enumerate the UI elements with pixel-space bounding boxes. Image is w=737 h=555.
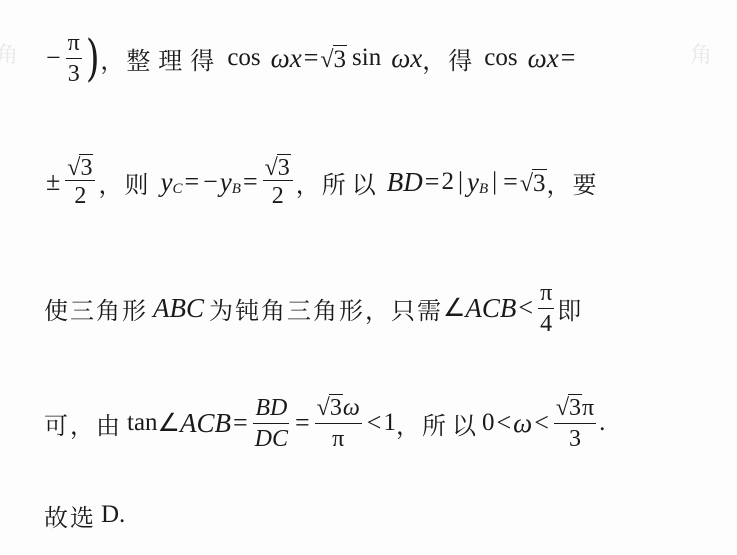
fraction-pi-over-4: π 4 [538,278,554,339]
equals-sign: = [304,43,319,73]
less-than-sign: < [496,408,511,438]
abs-bar-left: | [458,168,463,196]
abs-bar-right: | [492,168,497,196]
variable-y: y [160,167,172,198]
bleed-through-text: 角 [0,38,18,69]
omega-x: ωx [271,43,302,74]
fraction-sqrt3-over-2: √3 2 [263,154,293,211]
triangle-abc: ABC [153,293,204,324]
subscript-c: C [172,181,182,198]
cjk-text: 得 [448,41,474,76]
angle-symbol: ∠ [158,408,180,438]
angle-symbol: ∠ [443,293,465,323]
number-0: 0 [482,409,495,437]
segment-bd: BD [387,167,423,198]
cjk-text: 为钝角三角形 [209,291,365,326]
comma: ， [396,406,422,441]
math-line-2: ± √3 2 ， 则 yC = − yB = √3 2 ， 所以 BD = 2 … [44,142,599,222]
cjk-text: 可 [44,406,70,441]
math-line-1: − π 3 ) ， 整理得 cos ωx = √3 sin ωx ， 得 cos… [44,18,577,98]
minus-sign: − [46,43,61,73]
cos-function: cos [484,44,517,72]
comma: ， [547,165,573,200]
fraction-bd-over-dc: BD DC [253,393,290,454]
bleed-through-text: 角 [690,38,712,69]
math-line-5: 故选 D. [44,495,125,535]
subscript-b: B [232,181,241,198]
fraction-sqrt3-pi-over-3: √3π 3 [554,393,596,454]
minus-sign: − [203,167,218,197]
math-line-3: 使三角形 ABC 为钝角三角形 ， 只需 ∠ ACB < π 4 即 [44,268,583,348]
comma: ， [98,165,124,200]
number-2: 2 [441,168,454,196]
angle-acb: ACB [465,293,516,324]
cjk-text: 所以 [422,406,482,441]
variable-y: y [467,167,479,198]
equals-sign: = [425,167,440,197]
cjk-text: 由 [96,406,122,441]
omega-x: ωx [528,43,559,74]
answer-choice: D. [101,501,125,529]
tan-function: tan [127,409,158,437]
math-line-4: 可 ， 由 tan ∠ ACB = BD DC = √3ω π < 1 ， 所以… [44,378,605,468]
comma: ， [70,406,96,441]
fraction-sqrt3-over-2: √3 2 [65,154,95,211]
comma: ， [422,41,448,76]
cjk-text: 要 [573,165,599,200]
plus-minus-sign: ± [46,167,60,197]
equals-sign: = [503,167,518,197]
variable-y: y [220,167,232,198]
cjk-text: 整理得 [126,41,222,76]
omega-x: ωx [391,43,422,74]
angle-acb: ACB [180,408,231,439]
less-than-sign: < [367,408,382,438]
equals-sign: = [243,167,258,197]
equals-sign: = [184,167,199,197]
omega: ω [513,408,532,439]
comma: ， [296,165,322,200]
subscript-b: B [479,181,488,198]
cjk-text: 所以 [322,165,382,200]
cjk-text: 则 [124,165,150,200]
number-1: 1 [383,409,396,437]
equals-sign: = [233,408,248,438]
document-page: 角 角 − π 3 ) ， 整理得 cos ωx = √3 sin ωx ， 得… [0,0,737,555]
sqrt-3: √3 [520,169,547,196]
cjk-text: 使三角形 [44,291,148,326]
period: . [599,409,605,437]
cjk-text: 即 [557,291,583,326]
equals-sign: = [561,43,576,73]
cjk-text: 故选 [44,498,96,533]
fraction-sqrt3-omega-over-pi: √3ω π [315,393,362,454]
comma: ， [365,291,391,326]
equals-sign: = [295,408,310,438]
less-than-sign: < [518,293,533,323]
sin-function: sin [352,44,381,72]
sqrt-3: √3 [320,45,347,72]
less-than-sign: < [534,408,549,438]
comma: ， [100,41,126,76]
cos-function: cos [227,44,260,72]
fraction-pi-over-3: π 3 [66,28,82,89]
cjk-text: 只需 [391,291,443,326]
close-paren: ) [86,33,100,83]
